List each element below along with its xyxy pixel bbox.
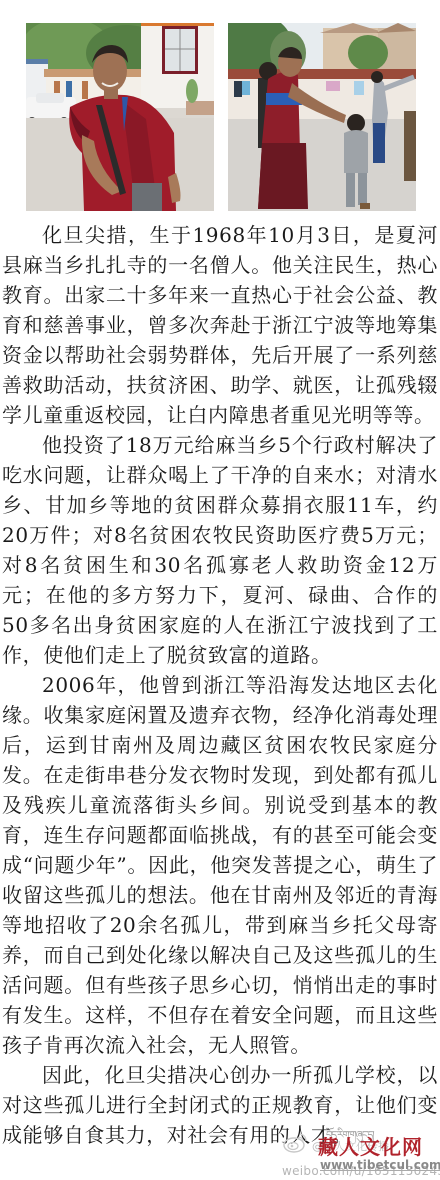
article-body: 化旦尖措，生于1968年10月3日，是夏河县麻当乡扎扎寺的一名僧人。他关注民生，… bbox=[2, 220, 438, 1150]
photo-monk-with-child-image bbox=[228, 23, 416, 211]
paragraph-charity-contributions: 他投资了18万元给麻当乡5个行政村解决了吃水问题，让群众喝上了干净的自来水；对清… bbox=[2, 430, 438, 670]
watermark: བོད་རིག་གཞུང་དྲ། @藏人文化传播 藏人文化网 weibo.com… bbox=[282, 1124, 440, 1180]
watermark-site-name: 藏人文化网 bbox=[318, 1136, 423, 1158]
watermark-site-url: www.tibetcul.com bbox=[320, 1158, 440, 1172]
photo-monk-with-child bbox=[228, 23, 416, 211]
photo-monk-portrait-image bbox=[26, 23, 214, 211]
photo-monk-portrait bbox=[26, 23, 214, 211]
paragraph-orphans-background: 2006年，他曾到浙江等沿海发达地区去化缘。收集家庭闲置及遗弃衣物，经净化消毒处… bbox=[2, 670, 438, 1060]
paragraph-introduction: 化旦尖措，生于1968年10月3日，是夏河县麻当乡扎扎寺的一名僧人。他关注民生，… bbox=[2, 220, 438, 430]
photo-row bbox=[0, 0, 440, 215]
weibo-logo-icon bbox=[282, 1130, 308, 1156]
